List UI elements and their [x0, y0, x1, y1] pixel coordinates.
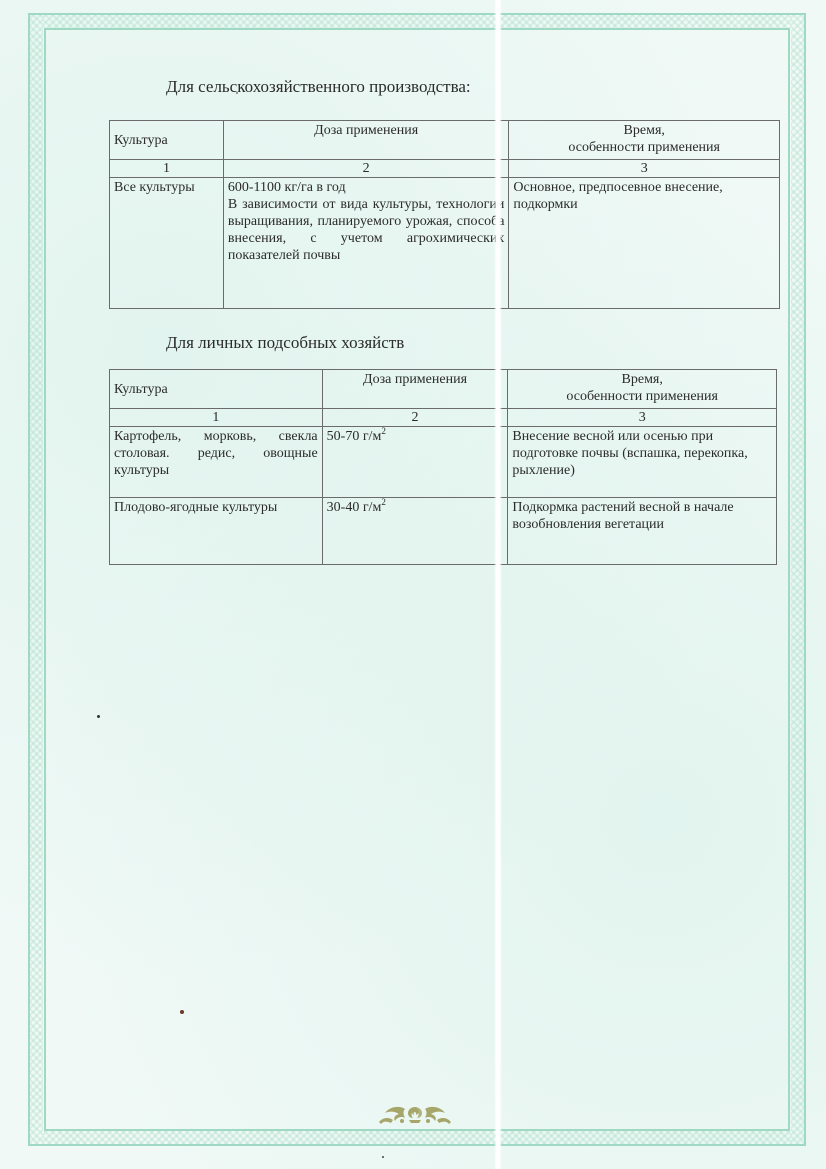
table-header-row: Культура Доза применения Время, особенно…	[110, 121, 780, 160]
table-header-row: Культура Доза применения Время, особенно…	[110, 370, 777, 409]
cell-culture: Картофель, морковь, свекла столовая. ред…	[110, 427, 323, 498]
section-title-agricultural: Для сельскохозяйственного производства:	[166, 77, 471, 97]
table-row: Плодово-ягодные культуры 30-40 г/м2 Подк…	[110, 498, 777, 565]
column-number-row: 1 2 3	[110, 409, 777, 427]
dose-note: В зависимости от вида культуры, технолог…	[228, 196, 505, 264]
private-farm-dosage-table: Культура Доза применения Время, особенно…	[109, 369, 777, 565]
scan-speck	[97, 715, 100, 718]
header-time: Время, особенности применения	[509, 121, 780, 160]
header-time-line1: Время,	[512, 371, 772, 388]
column-number: 2	[223, 160, 509, 178]
table-row: Все культуры 600-1100 кг/га в год В зави…	[110, 178, 780, 309]
header-culture: Культура	[110, 370, 323, 409]
scan-speck	[180, 1010, 184, 1014]
header-dose: Доза применения	[223, 121, 509, 160]
bottom-ornament-divider	[44, 1129, 790, 1131]
header-culture: Культура	[110, 121, 224, 160]
table-row: Картофель, морковь, свекла столовая. ред…	[110, 427, 777, 498]
header-dose: Доза применения	[322, 370, 508, 409]
column-number-row: 1 2 3	[110, 160, 780, 178]
dose-value: 50-70 г/м	[327, 429, 382, 444]
dose-value: 30-40 г/м	[327, 500, 382, 515]
agricultural-dosage-table: Культура Доза применения Время, особенно…	[109, 120, 780, 309]
cell-dose: 50-70 г/м2	[322, 427, 508, 498]
cell-dose: 30-40 г/м2	[322, 498, 508, 565]
header-time-line2: особенности применения	[512, 388, 772, 405]
cell-time: Внесение весной или осенью при подготовк…	[508, 427, 777, 498]
scan-artifact-stripe	[494, 0, 502, 1169]
column-number: 1	[110, 409, 323, 427]
cell-culture: Все культуры	[110, 178, 224, 309]
header-time-line2: особенности применения	[513, 139, 775, 156]
header-time-line1: Время,	[513, 122, 775, 139]
cell-dose: 600-1100 кг/га в год В зависимости от ви…	[223, 178, 509, 309]
scan-speck	[236, 92, 238, 94]
cell-culture: Плодово-ягодные культуры	[110, 498, 323, 565]
scan-speck	[382, 1156, 384, 1158]
dose-unit-exponent: 2	[381, 497, 386, 507]
column-number: 3	[509, 160, 780, 178]
cell-time: Подкормка растений весной в начале возоб…	[508, 498, 777, 565]
column-number: 2	[322, 409, 508, 427]
header-time: Время, особенности применения	[508, 370, 777, 409]
column-number: 1	[110, 160, 224, 178]
floral-ornament-icon	[375, 1103, 455, 1125]
cell-time: Основное, предпосевное внесение, подкорм…	[509, 178, 780, 309]
section-title-private-farms: Для личных подсобных хозяйств	[166, 333, 404, 353]
dose-unit-exponent: 2	[381, 426, 386, 436]
dose-main: 600-1100 кг/га в год	[228, 179, 505, 196]
column-number: 3	[508, 409, 777, 427]
